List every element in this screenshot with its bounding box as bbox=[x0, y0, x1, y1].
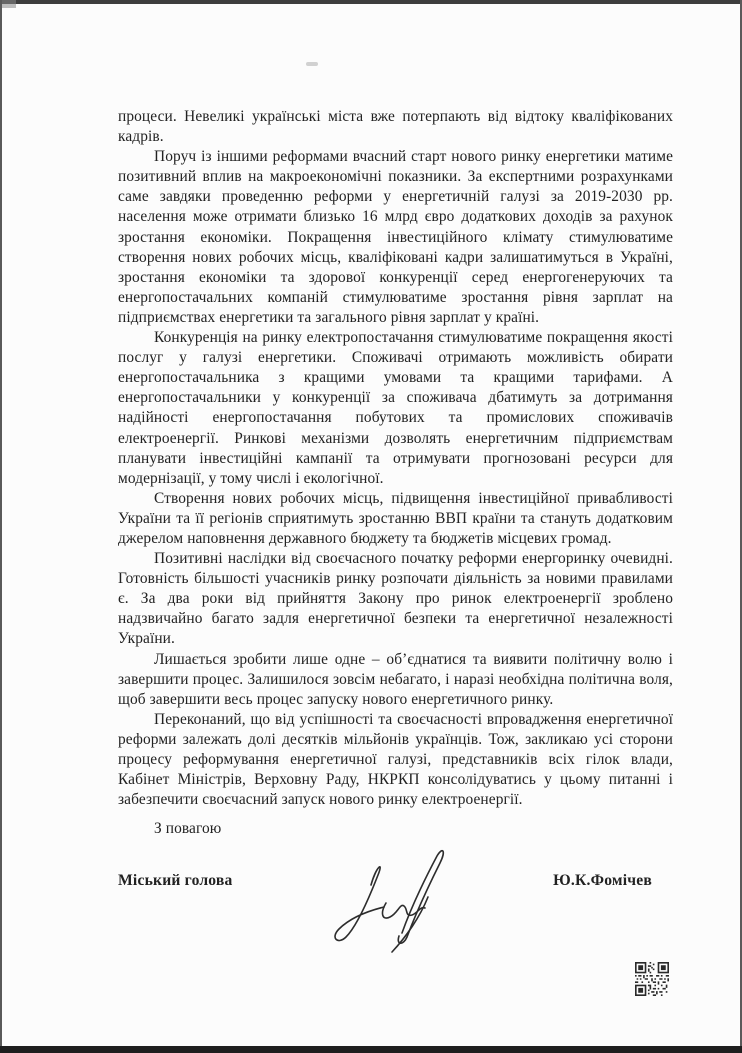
paragraph: Лишається зробити лише одне – об’єднатис… bbox=[118, 650, 673, 710]
scan-edge-top bbox=[0, 0, 742, 4]
paragraph: Переконаний, що від успішності та своєча… bbox=[118, 710, 673, 810]
paragraph: Конкуренція на ринку електропостачання с… bbox=[118, 328, 673, 489]
closing-salutation: З повагою bbox=[118, 819, 673, 839]
signature-block: Міський голова Ю.К.Фомічев bbox=[118, 854, 673, 964]
signature-icon bbox=[316, 844, 466, 956]
scanned-letter-page: процеси. Невеликі українські міста вже п… bbox=[0, 0, 742, 1053]
letter-body: процеси. Невеликі українські міста вже п… bbox=[118, 107, 673, 964]
paragraph: процеси. Невеликі українські міста вже п… bbox=[118, 107, 673, 147]
paragraph: Поруч із іншими реформами вчасний старт … bbox=[118, 147, 673, 328]
scan-edge-left bbox=[0, 0, 2, 1053]
scan-edge-bottom bbox=[0, 1046, 742, 1053]
signer-name: Ю.К.Фомічев bbox=[553, 871, 652, 891]
paragraph: Створення нових робочих місць, підвищенн… bbox=[118, 489, 673, 549]
scan-edge-top-corner bbox=[0, 0, 16, 8]
qr-code-icon bbox=[635, 962, 669, 996]
scan-artifact bbox=[306, 62, 318, 66]
paragraph: Позитивні наслідки від своєчасного почат… bbox=[118, 549, 673, 649]
signer-title: Міський голова bbox=[118, 871, 233, 891]
